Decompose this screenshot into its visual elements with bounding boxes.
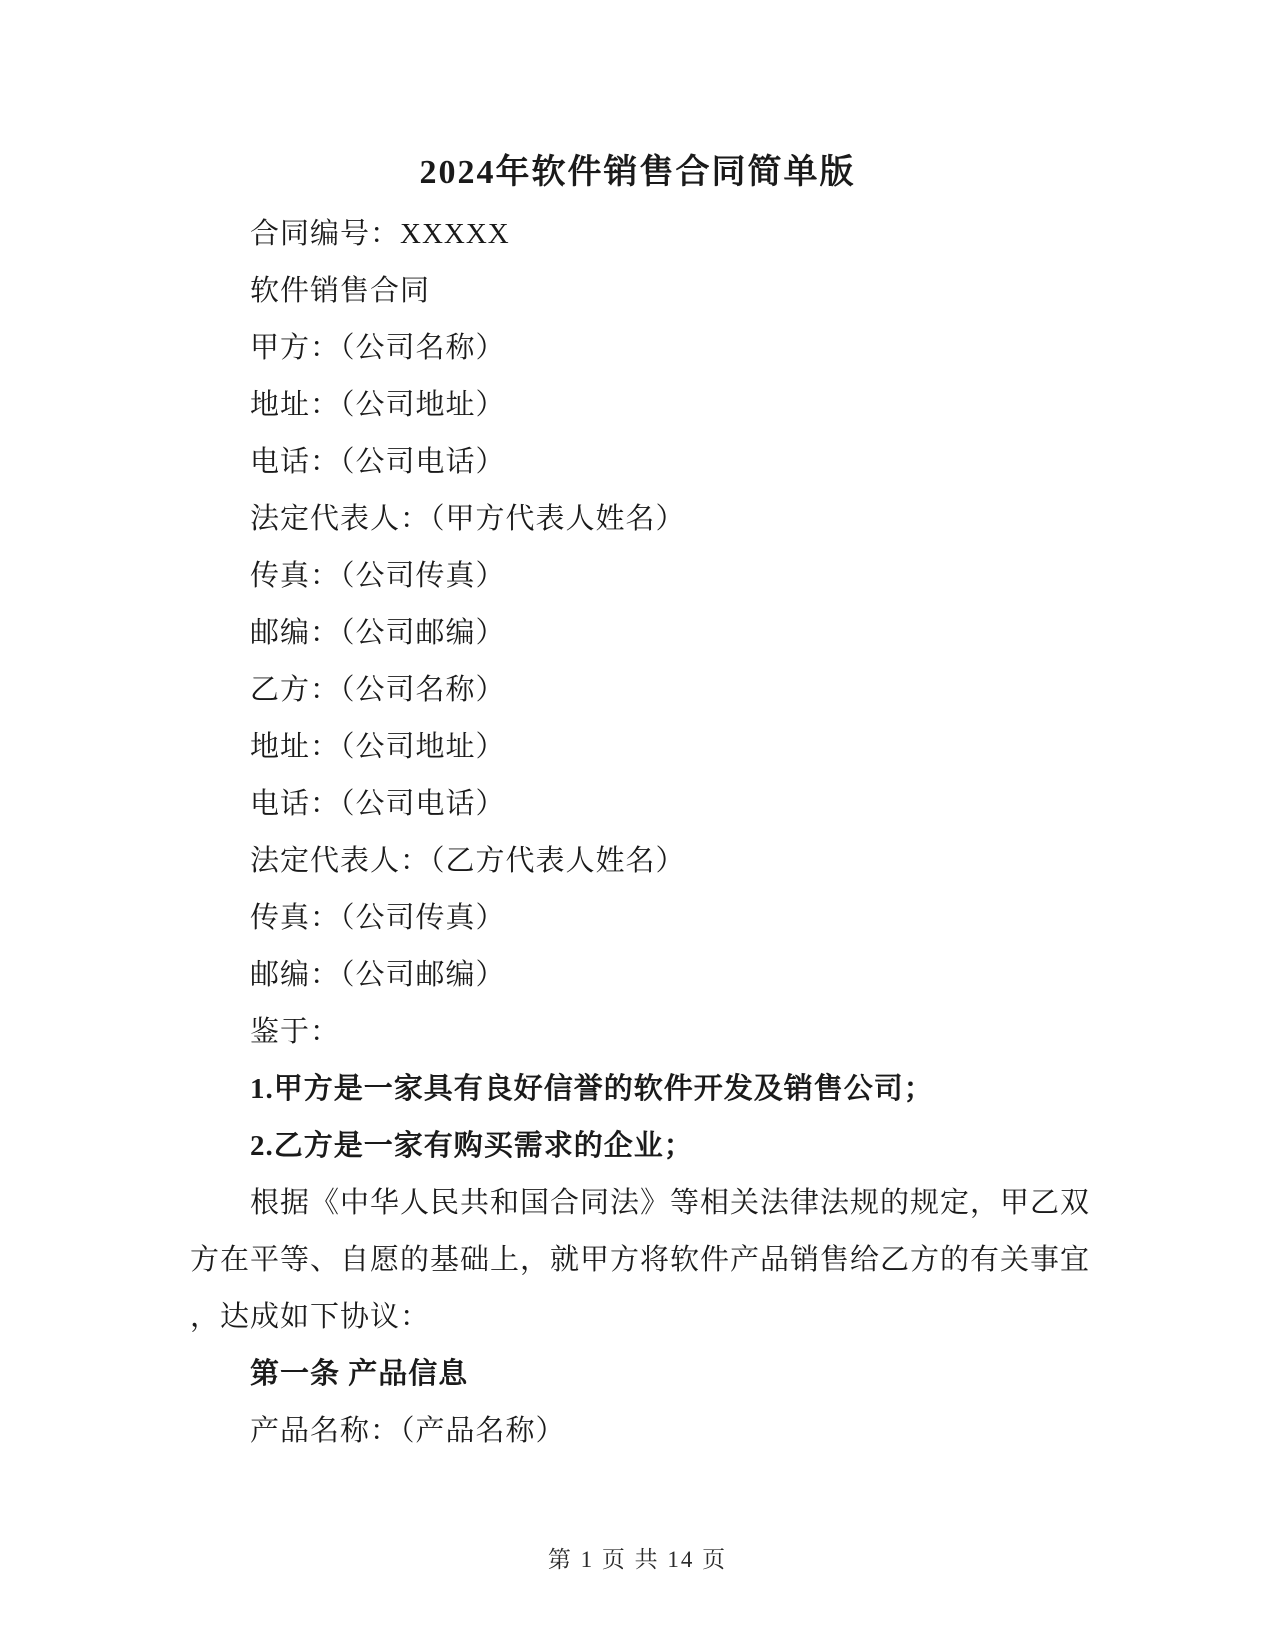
line-contract-number: 合同编号：XXXXX (190, 206, 1105, 263)
page-number-text: 第 1 页 共 14 页 (548, 1547, 727, 1572)
contract-document-page: 2024年软件销售合同简单版 合同编号：XXXXX 软件销售合同 甲方：（公司名… (0, 0, 1275, 1650)
line-party-b-legal-rep: 法定代表人：（乙方代表人姓名） (190, 833, 1105, 890)
line-party-b: 乙方：（公司名称） (190, 662, 1105, 719)
line-party-b-address: 地址：（公司地址） (190, 719, 1105, 776)
line-party-b-zipcode: 邮编：（公司邮编） (190, 947, 1105, 1004)
line-preamble-1: 根据《中华人民共和国合同法》等相关法律法规的规定，甲乙双 (190, 1175, 1105, 1232)
line-preamble-2: 方在平等、自愿的基础上，就甲方将软件产品销售给乙方的有关事宜 (190, 1232, 1105, 1289)
line-product-name: 产品名称：（产品名称） (190, 1403, 1105, 1460)
line-party-a: 甲方：（公司名称） (190, 320, 1105, 377)
line-preamble-3: ，达成如下协议： (190, 1289, 1105, 1346)
line-party-a-phone: 电话：（公司电话） (190, 434, 1105, 491)
line-party-a-zipcode: 邮编：（公司邮编） (190, 605, 1105, 662)
line-article-1-heading: 第一条 产品信息 (190, 1346, 1105, 1403)
line-party-b-fax: 传真：（公司传真） (190, 890, 1105, 947)
line-party-b-phone: 电话：（公司电话） (190, 776, 1105, 833)
line-party-a-fax: 传真：（公司传真） (190, 548, 1105, 605)
line-party-a-legal-rep: 法定代表人：（甲方代表人姓名） (190, 491, 1105, 548)
line-recital-2: 2.乙方是一家有购买需求的企业； (190, 1118, 1105, 1175)
document-title: 2024年软件销售合同简单版 (0, 0, 1275, 196)
page-footer: 第 1 页 共 14 页 (0, 1532, 1275, 1588)
line-whereas: 鉴于： (190, 1004, 1105, 1061)
line-party-a-address: 地址：（公司地址） (190, 377, 1105, 434)
line-contract-name: 软件销售合同 (190, 263, 1105, 320)
document-body: 合同编号：XXXXX 软件销售合同 甲方：（公司名称） 地址：（公司地址） 电话… (0, 206, 1275, 1460)
line-recital-1: 1.甲方是一家具有良好信誉的软件开发及销售公司； (190, 1061, 1105, 1118)
